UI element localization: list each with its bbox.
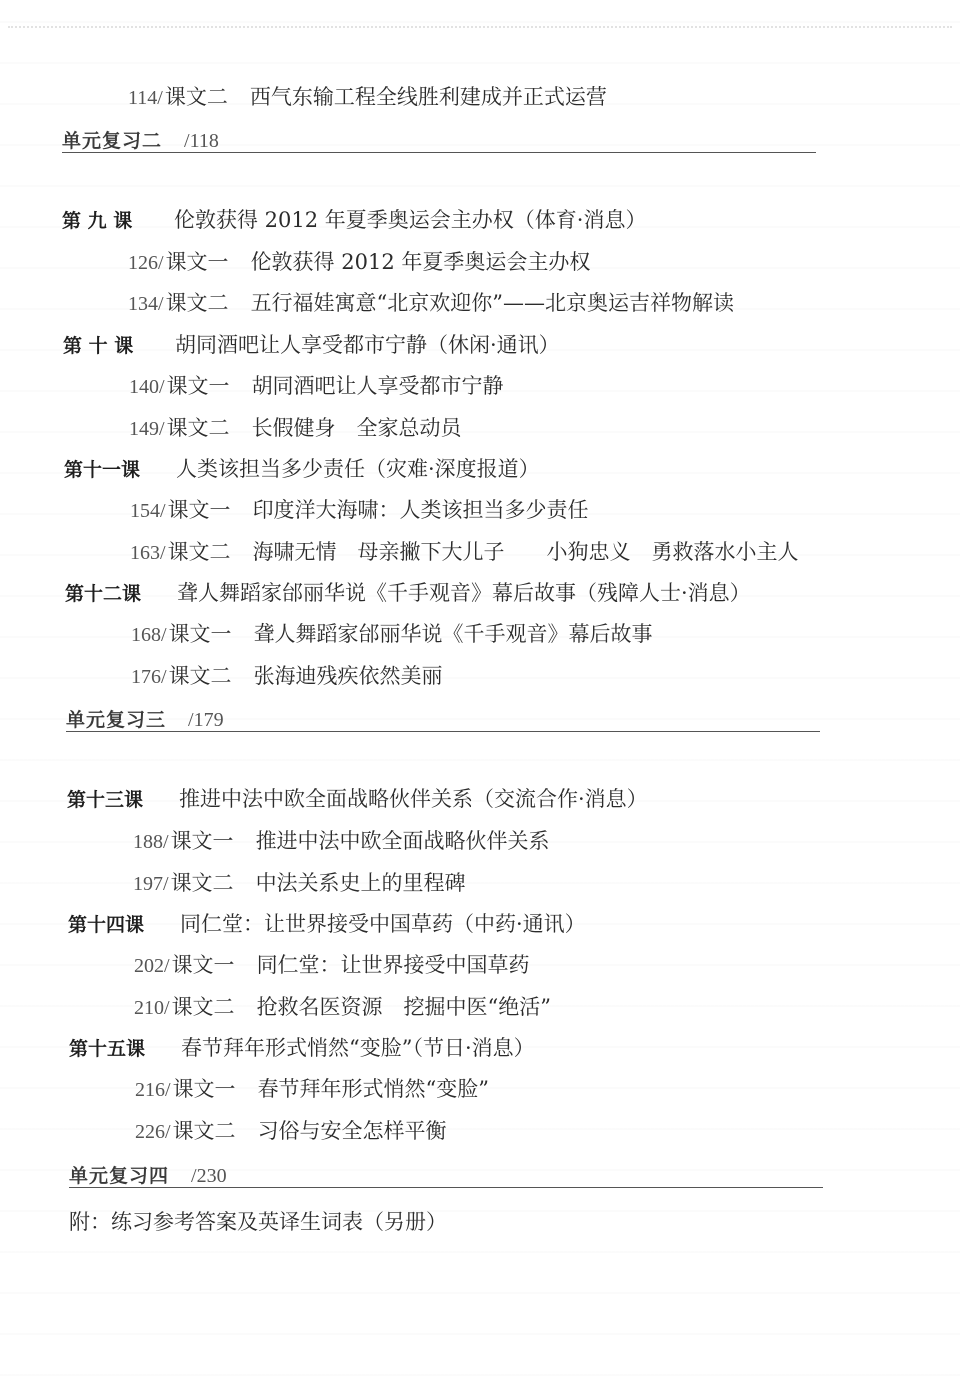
text-title: 五行福娃寓意“北京欢迎你”——北京奥运吉祥物解读: [251, 291, 734, 315]
text-title: 伦敦获得 2012 年夏季奥运会主办权: [251, 250, 591, 274]
toc-lesson-11[interactable]: 第十一课人类该担当多少责任（灾难·深度报道）: [64, 456, 540, 483]
lesson-title: 人类该担当多少责任（灾难·深度报道）: [176, 457, 540, 481]
lesson-label: 第 十 课: [63, 333, 175, 359]
page-number: 114/: [128, 87, 163, 109]
toc-lesson-15[interactable]: 第十五课春节拜年形式悄然“变脸”（节日·消息）: [69, 1035, 535, 1062]
lesson-title: 聋人舞蹈家邰丽华说《千手观音》幕后故事（残障人士·消息）: [177, 581, 751, 605]
text-title: 推进中法中欧全面战略伙伴关系: [256, 829, 550, 853]
toc-lesson-12[interactable]: 第十二课聋人舞蹈家邰丽华说《千手观音》幕后故事（残障人士·消息）: [65, 580, 751, 607]
lesson-label: 第十二课: [65, 581, 177, 607]
text-label: 课文一: [169, 622, 232, 646]
toc-text-entry[interactable]: 176/课文二张海迪残疾依然美丽: [131, 663, 443, 690]
toc-text-entry[interactable]: 188/课文一推进中法中欧全面战略伙伴关系: [133, 828, 550, 855]
page-number: 168/: [131, 624, 167, 646]
text-title: 海啸无情 母亲撇下大儿子 小狗忠义 勇救落水小主人: [253, 540, 799, 564]
page-number: 197/: [133, 873, 169, 895]
toc-text-entry[interactable]: 210/课文二抢救名医资源 挖掘中医“绝活”: [134, 994, 551, 1021]
text-label: 课文一: [168, 498, 231, 522]
toc-text-entry[interactable]: 202/课文一同仁堂：让世界接受中国草药: [134, 952, 530, 979]
text-label: 课文二: [172, 995, 235, 1019]
text-title: 中法关系史上的里程碑: [256, 871, 466, 895]
text-label: 课文二: [169, 664, 232, 688]
lesson-title: 推进中法中欧全面战略伙伴关系（交流合作·消息）: [179, 787, 648, 811]
toc-lesson-10[interactable]: 第 十 课胡同酒吧让人享受都市宁静（休闲·通讯）: [63, 332, 560, 359]
toc-text-entry[interactable]: 197/课文二中法关系史上的里程碑: [133, 870, 466, 897]
text-label: 课文一: [172, 953, 235, 977]
toc-text-entry[interactable]: 114/课文二西气东输工程全线胜利建成并正式运营: [128, 84, 607, 111]
text-title: 习俗与安全怎样平衡: [258, 1119, 447, 1143]
toc-text-entry[interactable]: 154/课文一印度洋大海啸：人类该担当多少责任: [130, 497, 589, 524]
appendix-note: 附：练习参考答案及英译生词表（另册）: [69, 1209, 447, 1235]
page-number: 140/: [129, 376, 165, 398]
section-divider: [66, 731, 820, 732]
lesson-label: 第 九 课: [62, 208, 174, 234]
text-title: 长假健身 全家总动员: [252, 416, 462, 440]
text-title: 同仁堂：让世界接受中国草药: [257, 953, 530, 977]
toc-text-entry[interactable]: 163/课文二海啸无情 母亲撇下大儿子 小狗忠义 勇救落水小主人: [130, 539, 799, 566]
unit-review-2[interactable]: 单元复习二/118: [62, 126, 219, 153]
lesson-title: 胡同酒吧让人享受都市宁静（休闲·通讯）: [175, 333, 560, 357]
page-number: 202/: [134, 955, 170, 977]
review-label: 单元复习四: [69, 1165, 169, 1187]
page-number: 176/: [131, 666, 167, 688]
lesson-label: 第十四课: [68, 912, 180, 938]
text-title: 西气东输工程全线胜利建成并正式运营: [250, 85, 607, 109]
toc-text-entry[interactable]: 216/课文一春节拜年形式悄然“变脸”: [135, 1076, 489, 1103]
lesson-title: 同仁堂：让世界接受中国草药（中药·通讯）: [180, 912, 586, 936]
text-title: 抢救名医资源 挖掘中医“绝活”: [257, 995, 551, 1019]
lesson-label: 第十三课: [67, 787, 179, 813]
review-page: /179: [188, 709, 224, 731]
text-label: 课文二: [166, 291, 229, 315]
page-number: 126/: [128, 252, 164, 274]
lesson-title: 伦敦获得 2012 年夏季奥运会主办权（体育·消息）: [174, 208, 646, 232]
text-title: 胡同酒吧让人享受都市宁静: [252, 374, 504, 398]
text-title: 聋人舞蹈家邰丽华说《千手观音》幕后故事: [254, 622, 653, 646]
section-divider: [69, 1187, 823, 1188]
page-number: 188/: [133, 831, 169, 853]
page-number: 210/: [134, 997, 170, 1019]
text-label: 课文一: [166, 250, 229, 274]
page-number: 216/: [135, 1079, 171, 1101]
review-page: /230: [191, 1165, 227, 1187]
toc-text-entry[interactable]: 149/课文二长假健身 全家总动员: [129, 415, 462, 442]
review-label: 单元复习三: [66, 709, 166, 731]
toc-lesson-14[interactable]: 第十四课同仁堂：让世界接受中国草药（中药·通讯）: [68, 911, 586, 938]
toc-text-entry[interactable]: 168/课文一聋人舞蹈家邰丽华说《千手观音》幕后故事: [131, 621, 653, 648]
text-label: 课文二: [168, 540, 231, 564]
lesson-label: 第十五课: [69, 1036, 181, 1062]
text-label: 课文二: [165, 85, 228, 109]
page-number: 149/: [129, 418, 165, 440]
lesson-title: 春节拜年形式悄然“变脸”（节日·消息）: [181, 1036, 535, 1060]
text-title: 张海迪残疾依然美丽: [254, 664, 443, 688]
review-label: 单元复习二: [62, 130, 162, 152]
lesson-label: 第十一课: [64, 457, 176, 483]
table-of-contents: 114/课文二西气东输工程全线胜利建成并正式运营 单元复习二/118 第 九 课…: [0, 0, 960, 1382]
page-number: 163/: [130, 542, 166, 564]
unit-review-3[interactable]: 单元复习三/179: [66, 705, 224, 732]
page-number: 154/: [130, 500, 166, 522]
text-label: 课文二: [167, 416, 230, 440]
toc-lesson-9[interactable]: 第 九 课伦敦获得 2012 年夏季奥运会主办权（体育·消息）: [62, 207, 646, 234]
text-label: 课文一: [171, 829, 234, 853]
section-divider: [62, 152, 816, 153]
text-label: 课文一: [173, 1077, 236, 1101]
page-number: 226/: [135, 1121, 171, 1143]
page-number: 134/: [128, 293, 164, 315]
toc-lesson-13[interactable]: 第十三课推进中法中欧全面战略伙伴关系（交流合作·消息）: [67, 786, 648, 813]
text-title: 印度洋大海啸：人类该担当多少责任: [253, 498, 589, 522]
text-title: 春节拜年形式悄然“变脸”: [258, 1077, 489, 1101]
review-page: /118: [184, 130, 219, 152]
text-label: 课文二: [171, 871, 234, 895]
text-label: 课文二: [173, 1119, 236, 1143]
text-label: 课文一: [167, 374, 230, 398]
toc-text-entry[interactable]: 226/课文二习俗与安全怎样平衡: [135, 1118, 447, 1145]
toc-text-entry[interactable]: 140/课文一胡同酒吧让人享受都市宁静: [129, 373, 504, 400]
toc-text-entry[interactable]: 134/课文二五行福娃寓意“北京欢迎你”——北京奥运吉祥物解读: [128, 290, 734, 317]
toc-text-entry[interactable]: 126/课文一伦敦获得 2012 年夏季奥运会主办权: [128, 249, 590, 276]
unit-review-4[interactable]: 单元复习四/230: [69, 1161, 227, 1188]
